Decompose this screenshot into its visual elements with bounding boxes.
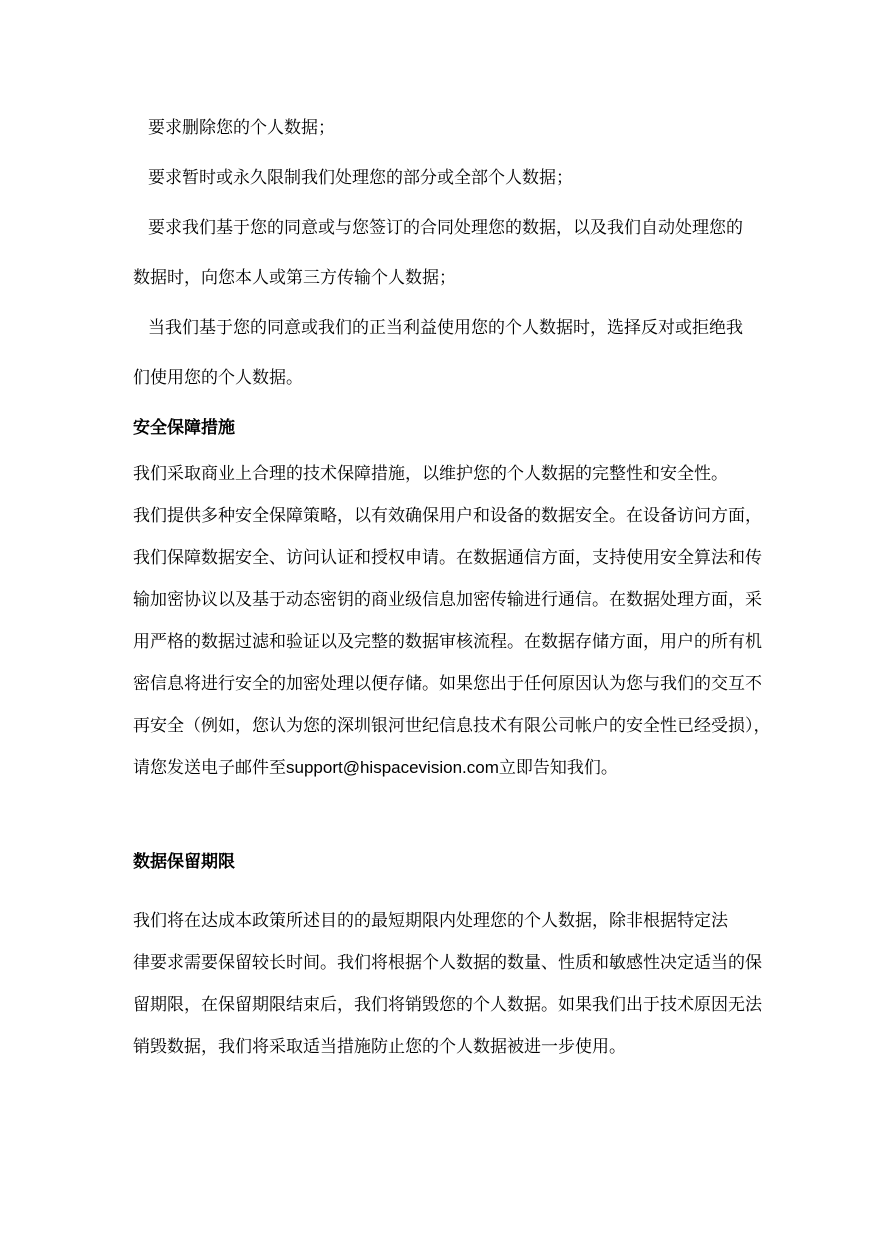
security-paragraph: 我们采取商业上合理的技术保障措施，以维护您的个人数据的完整性和安全性。 我们提供… [133,453,813,789]
text-line: 我们将在达成本政策所述目的的最短期限内处理您的个人数据，除非根据特定法 [133,900,813,942]
text-line: 密信息将进行安全的加密处理以便存储。如果您出于任何原因认为您与我们的交互不 [133,663,813,705]
rights-list-item: 要求我们基于您的同意或与您签订的合同处理您的数据，以及我们自动处理您的 数据时，… [133,203,813,303]
retention-paragraph: 我们将在达成本政策所述目的的最短期限内处理您的个人数据，除非根据特定法 律要求需… [133,900,813,1068]
text-line: 当我们基于您的同意或我们的正当利益使用您的个人数据时，选择反对或拒绝我 [133,303,813,353]
rights-list-item: 要求删除您的个人数据； [133,103,813,153]
text-line: 要求暂时或永久限制我们处理您的部分或全部个人数据； [133,153,813,203]
section-heading-retention: 数据保留期限 [133,837,813,887]
text-line: 销毁数据，我们将采取适当措施防止您的个人数据被进一步使用。 [133,1026,813,1068]
privacy-policy-page: 要求删除您的个人数据； 要求暂时或永久限制我们处理您的部分或全部个人数据； 要求… [0,0,884,1250]
text-line: 我们保障数据安全、访问认证和授权申请。在数据通信方面，支持使用安全算法和传 [133,537,813,579]
text-line: 律要求需要保留较长时间。我们将根据个人数据的数量、性质和敏感性决定适当的保 [133,942,813,984]
rights-list-item: 当我们基于您的同意或我们的正当利益使用您的个人数据时，选择反对或拒绝我 们使用您… [133,303,813,403]
text-line: 我们提供多种安全保障策略，以有效确保用户和设备的数据安全。在设备访问方面， [133,495,813,537]
section-heading-security: 安全保障措施 [133,403,813,453]
text-line: 留期限，在保留期限结束后，我们将销毁您的个人数据。如果我们出于技术原因无法 [133,984,813,1026]
text-line: 要求删除您的个人数据； [133,103,813,153]
text-line: 我们采取商业上合理的技术保障措施，以维护您的个人数据的完整性和安全性。 [133,453,813,495]
text-line: 们使用您的个人数据。 [133,353,813,403]
text-line: 要求我们基于您的同意或与您签订的合同处理您的数据，以及我们自动处理您的 [133,203,813,253]
text-line-email: 请您发送电子邮件至support@hispacevision.com立即告知我们… [133,747,813,789]
text-line: 输加密协议以及基于动态密钥的商业级信息加密传输进行通信。在数据处理方面，采 [133,579,813,621]
text-line: 再安全（例如，您认为您的深圳银河世纪信息技术有限公司帐户的安全性已经受损）， [133,705,813,747]
text-line: 数据时，向您本人或第三方传输个人数据； [133,253,813,303]
rights-list-item: 要求暂时或永久限制我们处理您的部分或全部个人数据； [133,153,813,203]
text-line: 用严格的数据过滤和验证以及完整的数据审核流程。在数据存储方面，用户的所有机 [133,621,813,663]
document-content: 要求删除您的个人数据； 要求暂时或永久限制我们处理您的部分或全部个人数据； 要求… [133,103,813,1068]
